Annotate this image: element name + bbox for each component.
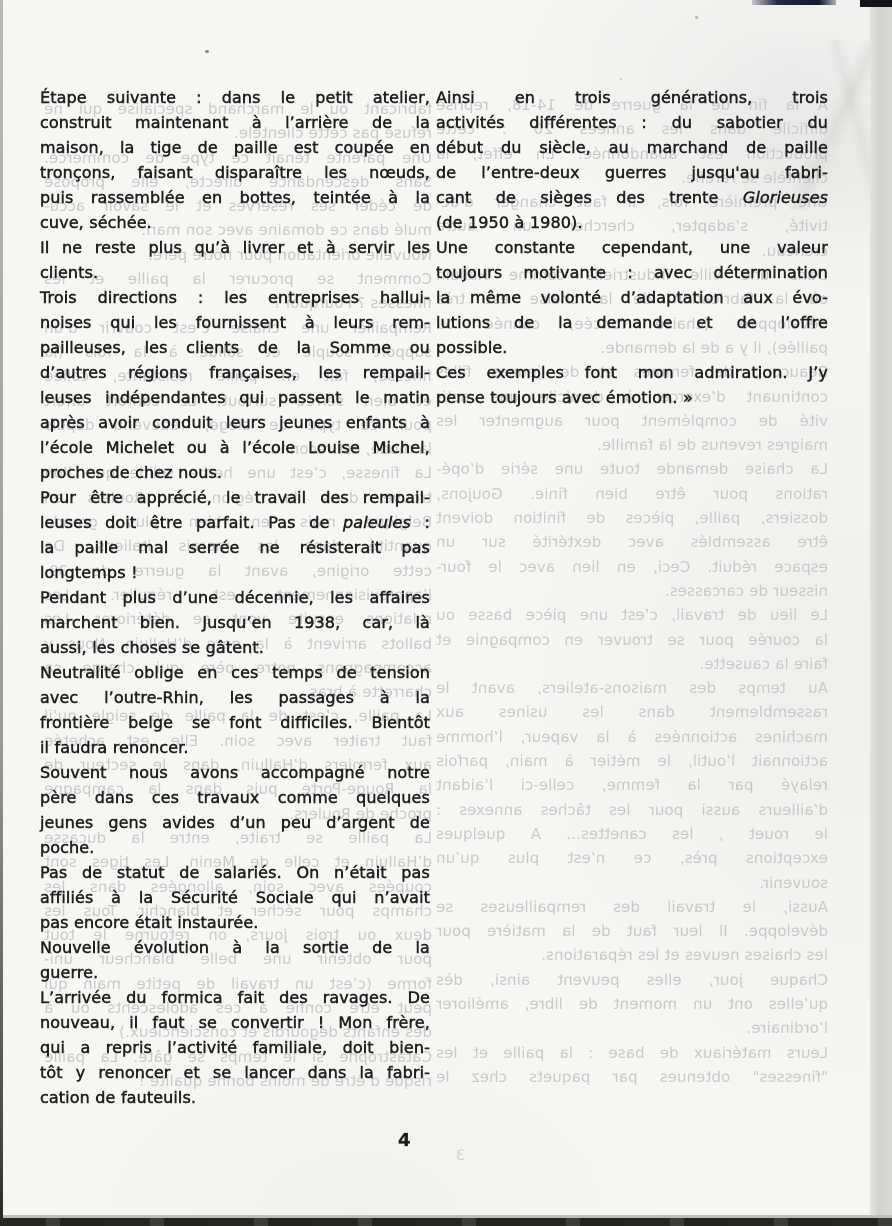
text-line: leusesdoitêtreparfait.Pasdepaleules: bbox=[40, 513, 430, 538]
text-line: L’arrivéeduformicafaitdesravages.De bbox=[40, 988, 430, 1013]
text-line: del’entre-deuxguerresjusqu'aufabri- bbox=[436, 163, 828, 188]
text-line: noisesquilesfournissentàleursrem- bbox=[40, 313, 430, 338]
text-line: Autempsdesmaisons-ateliers,avantle bbox=[436, 679, 828, 703]
text-line: prochesdecheznous. bbox=[40, 463, 430, 488]
text-line: activitésdifférentes:dusabotierdu bbox=[436, 113, 828, 138]
text-column-left: Étapesuivante:danslepetitatelier,constru… bbox=[40, 88, 430, 1113]
text-line: aussi,leschosessegâtent. bbox=[40, 638, 430, 663]
text-line: longtemps! bbox=[40, 563, 430, 588]
text-line: relayéparlafemme,celle-cil’aidant bbox=[436, 776, 828, 800]
text-line: nisseurdecarcasses. bbox=[436, 582, 828, 606]
scan-edge-bottom bbox=[0, 1218, 892, 1226]
text-line: lerouet,lescanettes...Aquelques bbox=[436, 825, 828, 849]
text-line: d’ailleursaussipourlestâchesannexes: bbox=[436, 801, 828, 825]
text-line: cantdesiègesdestrenteGlorieuses bbox=[436, 188, 828, 213]
scan-edge-right bbox=[870, 0, 892, 1226]
text-line: affiliésàlaSécuritéSocialequin’avait bbox=[40, 888, 430, 913]
text-line: Pendantplusd’unedécennie,lesaffaires bbox=[40, 588, 430, 613]
text-line: guerre. bbox=[40, 963, 430, 988]
text-line: dossiers,paille,piècesdefinitiondoivent bbox=[436, 509, 828, 533]
text-line: exceptionsprès,cen’estplusqu’un bbox=[436, 849, 828, 873]
text-line: leschaisesneuvesetlesréparations. bbox=[436, 946, 828, 970]
text-line: Souventnousavonsaccompagnénotre bbox=[40, 763, 430, 788]
text-line: toujoursmotivante:avecdétermination bbox=[436, 263, 828, 288]
scan-speck bbox=[695, 16, 698, 19]
text-column-right: Ainsientroisgénérations,troisactivitésdi… bbox=[436, 88, 828, 413]
text-line: lutionsdelademandeetdel’offre bbox=[436, 313, 828, 338]
text-line: "finesses"obtenuesparpaquetschezle bbox=[436, 1068, 828, 1092]
text-line: pensetoujoursavecémotion.» bbox=[436, 388, 828, 413]
text-line: puisrassembléeenbottes,teintéeàla bbox=[40, 188, 430, 213]
text-line: machinesactionnéesàlavapeur,l’homme bbox=[436, 728, 828, 752]
text-line: fairelacausette. bbox=[436, 655, 828, 679]
text-line: nouveau,ilfautseconvertir!Monfrère, bbox=[40, 1013, 430, 1038]
text-line: qu’ellesontunmomentdelibre,améliorer bbox=[436, 995, 828, 1019]
text-line: rationspourêtrebienfinie.Goujons, bbox=[436, 485, 828, 509]
text-line: avecl’outre-Rhin,lespassagesàla bbox=[40, 688, 430, 713]
text-line: vitédecomplémentpouraugmenterles bbox=[436, 412, 828, 436]
text-line: Neutralitéobligeencestempsdetension bbox=[40, 663, 430, 688]
text-line: maigresrevenusdelafamille. bbox=[436, 436, 828, 460]
text-line: cuve,séchée. bbox=[40, 213, 430, 238]
text-line: lapaillemalserréenerésisteraitpas bbox=[40, 538, 430, 563]
text-line: lacouréepoursetrouverencompagnieet bbox=[436, 631, 828, 655]
text-line: aprèsavoirconduitleursjeunesenfantsà bbox=[40, 413, 430, 438]
text-line: tôtyrenonceretselancerdanslafabri- bbox=[40, 1063, 430, 1088]
text-line: possible. bbox=[436, 338, 828, 363]
text-line: développe.Illeurfautdelamatièrepour bbox=[436, 922, 828, 946]
page-number: 4 bbox=[398, 1130, 411, 1151]
text-line: poche. bbox=[40, 838, 430, 863]
text-line: Pasdestatutdesalariés.Onn’étaitpas bbox=[40, 863, 430, 888]
text-line: l’ordinaire. bbox=[436, 1019, 828, 1043]
scan-speck bbox=[620, 78, 622, 80]
text-line: souvenir. bbox=[436, 874, 828, 898]
text-line: Lelieudetravail,c’estunepiècebasseou bbox=[436, 606, 828, 630]
text-line: espaceréduit.Ceci,enlienaveclefour- bbox=[436, 558, 828, 582]
text-line: maison,latigedepailleestcoupéeen bbox=[40, 138, 430, 163]
text-line: Aussi,letravaildesrempailleusesse bbox=[436, 898, 828, 922]
text-line: d’autresrégionsfrançaises,lesrempail- bbox=[40, 363, 430, 388]
text-line: marchentbien.Jusqu’en1938,car,là bbox=[40, 613, 430, 638]
text-line: Chaquejour,ellespeuventainsi,dès bbox=[436, 971, 828, 995]
text-line: Ainsientroisgénérations,trois bbox=[436, 88, 828, 113]
text-line: pailleuses,lesclientsdelaSommeou bbox=[40, 338, 430, 363]
text-line: rassemblementdanslesusinesaux bbox=[436, 703, 828, 727]
text-line: tronçons,faisantdisparaîtrelesnœuds, bbox=[40, 163, 430, 188]
text-line: actionnaitl’outil,lemétieràmain,parfois bbox=[436, 752, 828, 776]
text-line: êtreassemblésavecdextéritésurun bbox=[436, 533, 828, 557]
text-line: quiareprisl’activitéfamiliale,doitbien- bbox=[40, 1038, 430, 1063]
text-line: frontièrebelgesefontdifficiles.Bientôt bbox=[40, 713, 430, 738]
text-line: Cesexemplesfontmonadmiration.J’y bbox=[436, 363, 828, 388]
text-line: Pourêtreapprécié,letravaildesrempail- bbox=[40, 488, 430, 513]
text-line: pasencoreétaitinstaurée. bbox=[40, 913, 430, 938]
text-line: l’écoleMicheletouàl’écoleLouiseMichel, bbox=[40, 438, 430, 463]
text-line: pèredanscestravauxcommequelques bbox=[40, 788, 430, 813]
scan-top-right-mark bbox=[752, 0, 836, 5]
text-line: construitmaintenantàl’arrièredela bbox=[40, 113, 430, 138]
text-line: Lachaisedemandetouteuneséried’opé- bbox=[436, 460, 828, 484]
text-line: Ilneresteplusqu’àlivreretàservirles bbox=[40, 238, 430, 263]
scanned-document-page: fabricantoulemarchandspécialiséquinerefu… bbox=[0, 0, 892, 1226]
bleedthrough-page-number: 3 bbox=[456, 1148, 465, 1164]
text-line: Uneconstantecependant,unevaleur bbox=[436, 238, 828, 263]
text-line: clients. bbox=[40, 263, 430, 288]
text-line: Étapesuivante:danslepetitatelier, bbox=[40, 88, 430, 113]
text-line: jeunesgensavidesd’unpeud’argentde bbox=[40, 813, 430, 838]
scan-speck bbox=[205, 50, 209, 53]
text-line: lamêmevolontéd’adaptationauxévo- bbox=[436, 288, 828, 313]
text-line: leusesindépendantesquipassentlematin bbox=[40, 388, 430, 413]
text-line: ilfaudrarenoncer. bbox=[40, 738, 430, 763]
text-line: débutdusiècle,aumarchanddepaille bbox=[436, 138, 828, 163]
text-line: Leursmatériauxdebase:lapailleetles bbox=[436, 1044, 828, 1068]
text-line: Troisdirections:lesentrepriseshallui- bbox=[40, 288, 430, 313]
text-line: cationdefauteuils. bbox=[40, 1088, 430, 1113]
text-line: (de1950à1980). bbox=[436, 213, 828, 238]
text-line: Nouvelleévolutionàlasortiedela bbox=[40, 938, 430, 963]
scan-edge-left bbox=[0, 0, 3, 1226]
scan-edge-right-top-mark bbox=[860, 0, 892, 7]
